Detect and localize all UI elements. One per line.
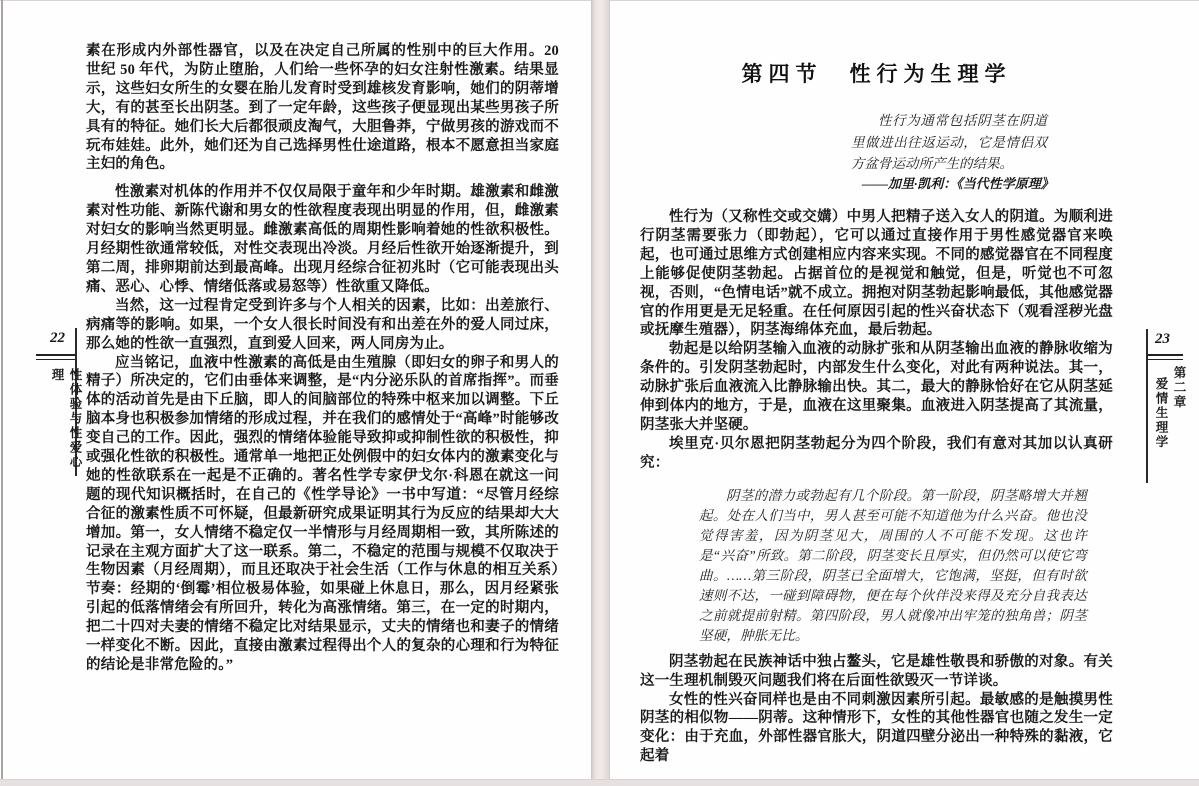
- book-page-spread: 素在形成内外部性器官，以及在决定自己所属的性别中的巨大作用。20 世纪 50 年…: [0, 0, 1199, 786]
- body-paragraph: 应当铭记，血液中性激素的高低是由生殖腺（即妇女的卵子和男人的精子）所决定的，它们…: [86, 354, 559, 675]
- right-margin-vertical-rule: [1146, 329, 1148, 483]
- page-bottom-edge: [0, 779, 1199, 786]
- section-title: 第四节 性行为生理学: [640, 58, 1113, 88]
- body-paragraph: 性激素对机体的作用并不仅仅局限于童年和少年时期。雄激素和雌激素对性功能、新陈代谢…: [86, 183, 559, 296]
- left-page-number: 22: [50, 330, 65, 347]
- block-quote: 阴茎的潜力或勃起有几个阶段。第一阶段，阴茎略增大并翘起。处在人们当中，男人甚至可…: [699, 486, 1087, 646]
- book-title-vertical: 性体验与性爱心理: [48, 368, 84, 483]
- right-page-number: 23: [1155, 331, 1170, 348]
- epigraph: 性行为通常包括阴茎在阴道里做进出往返运动，它是情侣双方盆骨运动所产生的结果。: [851, 110, 1047, 175]
- body-paragraph: 阴茎勃起在民族神话中独占鳌头，它是雄性敬畏和骄傲的对象。有关这一生理机制毁灭问题…: [640, 653, 1113, 691]
- left-page-body: 素在形成内外部性器官，以及在决定自己所属的性别中的巨大作用。20 世纪 50 年…: [86, 42, 559, 675]
- scan-left-edge: [1, 0, 3, 786]
- body-paragraph: 当然，这一过程肯定受到许多与个人相关的因素，比如：出差旅行、病痛等的影响。如果，…: [86, 297, 559, 354]
- body-paragraph: 埃里克·贝尔恩把阴茎勃起分为四个阶段，我们有意对其加以认真研究：: [640, 435, 1113, 473]
- left-margin-double-rule: [36, 354, 75, 360]
- body-paragraph: 勃起是以给阴茎输入血液的动脉扩张和从阴茎输出血液的静脉收缩为条件的。引发阴茎勃起…: [640, 340, 1113, 435]
- body-paragraph: 女性的性兴奋同样也是由不同刺激因素所引起。最敏感的是触摸男性阴茎的相似物——阴蒂…: [640, 691, 1113, 767]
- chapter-title-vertical: 爱情生理学: [1152, 377, 1170, 484]
- chapter-label-vertical: 第二章 爱情生理学: [1152, 366, 1188, 484]
- chapter-number-vertical: 第二章: [1172, 366, 1186, 410]
- right-page-body: 性行为（又称性交或交媾）中男人把精子送入女人的阴道。为顺利进行阴茎需要张力（即勃…: [640, 208, 1113, 766]
- body-paragraph: 素在形成内外部性器官，以及在决定自己所属的性别中的巨大作用。20 世纪 50 年…: [86, 42, 559, 174]
- book-spine-gutter: [591, 0, 610, 786]
- right-margin-double-rule: [1147, 354, 1183, 360]
- body-paragraph: 性行为（又称性交或交媾）中男人把精子送入女人的阴道。为顺利进行阴茎需要张力（即勃…: [640, 208, 1113, 340]
- epigraph-attribution: ——加里·凯利：《当代性学原理》: [862, 173, 1098, 192]
